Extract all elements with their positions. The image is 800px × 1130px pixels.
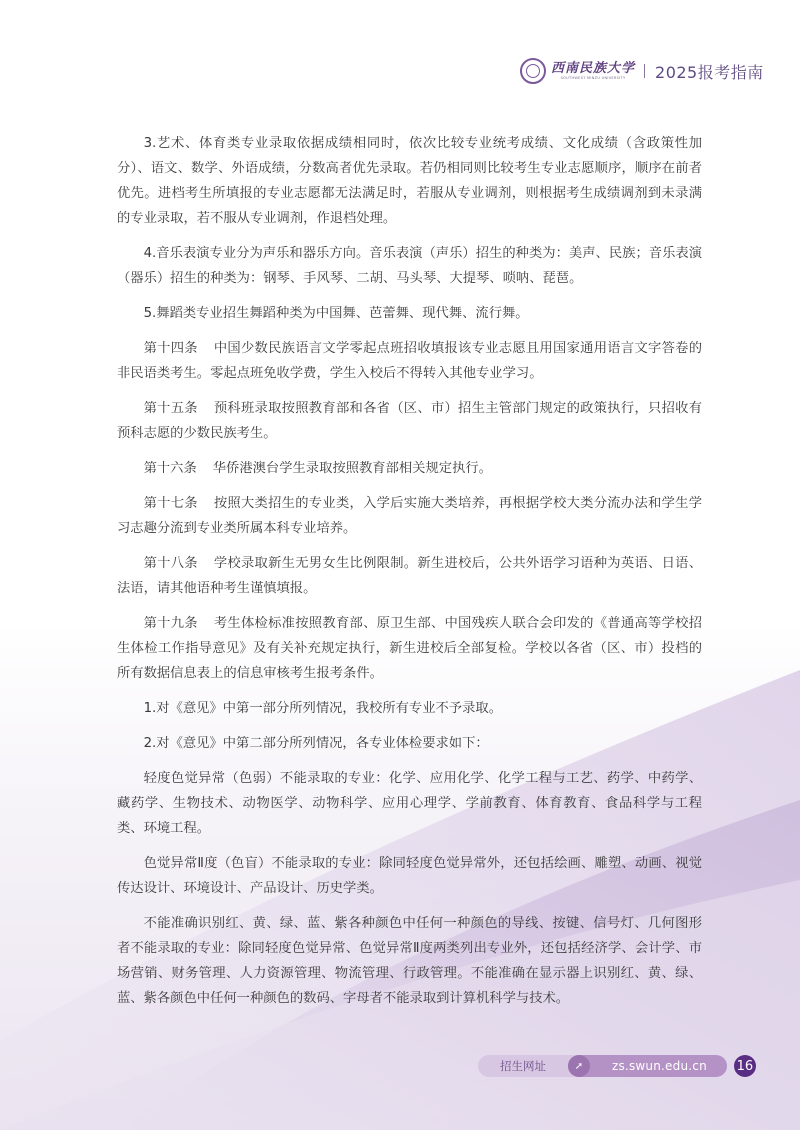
article-16: 第十六条华侨港澳台学生录取按照教育部相关规定执行。 bbox=[117, 456, 702, 481]
paragraph: 1.对《意见》中第一部分所列情况，我校所有专业不予录取。 bbox=[117, 696, 702, 721]
article-number: 第十八条 bbox=[144, 556, 198, 571]
page-footer: 招生网址 ➚ zs.swun.edu.cn 16 bbox=[478, 1055, 756, 1077]
paragraph: 不能准确识别红、黄、绿、蓝、紫各种颜色中任何一种颜色的导线、按键、信号灯、几何图… bbox=[117, 911, 702, 1011]
paragraph: 3.艺术、体育类专业录取依据成绩相同时，依次比较专业统考成绩、文化成绩（含政策性… bbox=[117, 131, 702, 231]
article-17: 第十七条按照大类招生的专业类，入学后实施大类培养，再根据学校大类分流办法和学生学… bbox=[117, 491, 702, 541]
arrow-icon: ➚ bbox=[568, 1055, 590, 1077]
admission-website-badge: 招生网址 ➚ zs.swun.edu.cn bbox=[478, 1055, 727, 1077]
article-number: 第十七条 bbox=[144, 496, 198, 511]
guide-title: 2025报考指南 bbox=[655, 60, 764, 83]
website-url[interactable]: zs.swun.edu.cn bbox=[612, 1059, 707, 1073]
page-header: 西南民族大学 SOUTHWEST MINZU UNIVERSITY 2025报考… bbox=[520, 56, 764, 86]
website-label: 招生网址 bbox=[478, 1058, 568, 1074]
website-link[interactable]: ➚ zs.swun.edu.cn bbox=[568, 1055, 727, 1077]
header-divider bbox=[644, 64, 645, 78]
document-body: 3.艺术、体育类专业录取依据成绩相同时，依次比较专业统考成绩、文化成绩（含政策性… bbox=[117, 131, 702, 1021]
article-number: 第十四条 bbox=[144, 341, 198, 356]
article-number: 第十九条 bbox=[144, 616, 198, 631]
article-14: 第十四条中国少数民族语言文学零起点班招收填报该专业志愿且用国家通用语言文字答卷的… bbox=[117, 336, 702, 386]
university-logo: 西南民族大学 SOUTHWEST MINZU UNIVERSITY bbox=[551, 62, 635, 81]
article-19: 第十九条考生体检标准按照教育部、原卫生部、中国残疾人联合会印发的《普通高等学校招… bbox=[117, 611, 702, 686]
article-15: 第十五条预科班录取按照教育部和各省（区、市）招生主管部门规定的政策执行，只招收有… bbox=[117, 396, 702, 446]
article-number: 第十五条 bbox=[144, 401, 198, 416]
article-number: 第十六条 bbox=[144, 461, 197, 476]
paragraph: 轻度色觉异常（色弱）不能录取的专业：化学、应用化学、化学工程与工艺、药学、中药学… bbox=[117, 766, 702, 841]
page-number: 16 bbox=[734, 1055, 756, 1077]
paragraph: 2.对《意见》中第二部分所列情况，各专业体检要求如下： bbox=[117, 731, 702, 756]
logo-chinese-name: 西南民族大学 bbox=[551, 62, 635, 76]
logo-english-name: SOUTHWEST MINZU UNIVERSITY bbox=[561, 76, 626, 81]
article-18: 第十八条学校录取新生无男女生比例限制。新生进校后，公共外语学习语种为英语、日语、… bbox=[117, 551, 702, 601]
paragraph: 5.舞蹈类专业招生舞蹈种类为中国舞、芭蕾舞、现代舞、流行舞。 bbox=[117, 301, 702, 326]
university-seal-icon bbox=[520, 58, 546, 84]
paragraph: 色觉异常Ⅱ度（色盲）不能录取的专业：除同轻度色觉异常外，还包括绘画、雕塑、动画、… bbox=[117, 851, 702, 901]
paragraph: 4.音乐表演专业分为声乐和器乐方向。音乐表演（声乐）招生的种类为：美声、民族；音… bbox=[117, 241, 702, 291]
